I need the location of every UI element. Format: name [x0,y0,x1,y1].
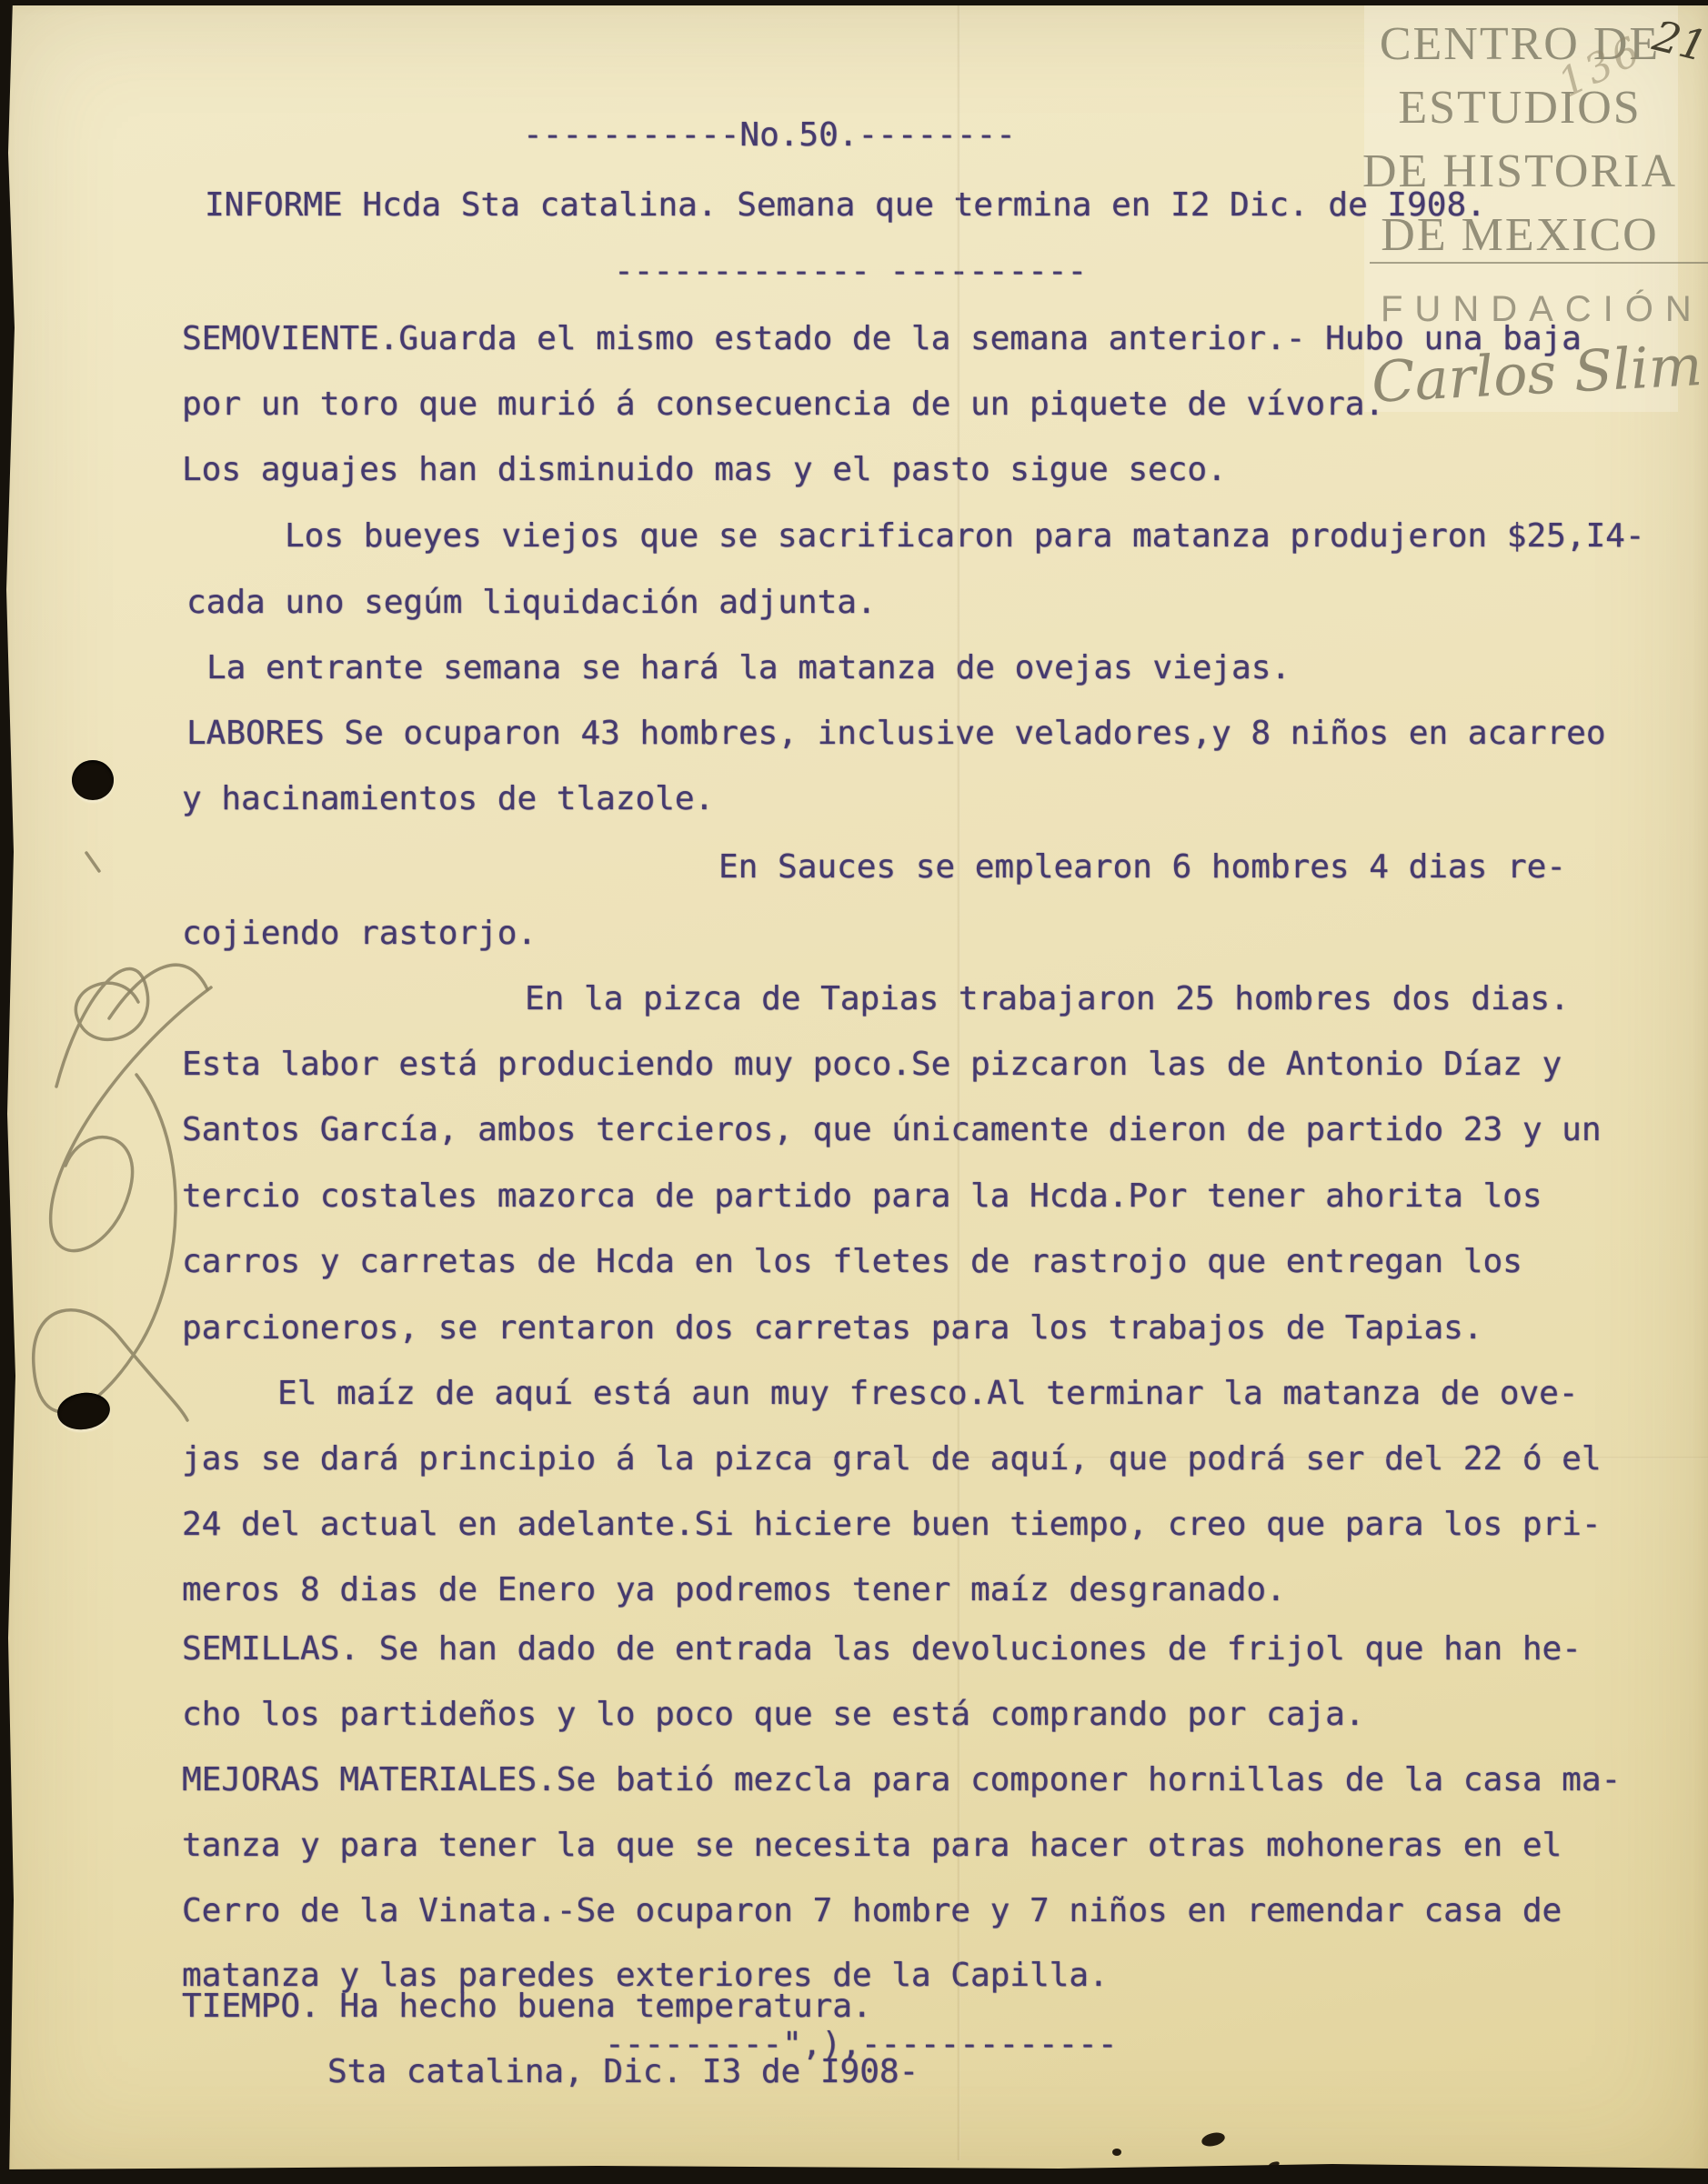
typed-line: parcioneros, se rentaron dos carretas pa… [182,1309,1482,1347]
typed-line: MEJORAS MATERIALES.Se batió mezcla para … [182,1761,1621,1798]
typed-line: El maíz de aquí está aun muy fresco.Al t… [277,1375,1578,1412]
typed-line: tanza y para tener la que se necesita pa… [182,1827,1562,1864]
typed-line: En Sauces se emplearon 6 hombres 4 dias … [718,848,1566,886]
punch-hole-bottom [55,1389,112,1433]
typed-line: Esta labor está produciendo muy poco.Se … [182,1046,1562,1083]
scanned-document-page: CENTRO DEESTUDIOSDE HISTORIADE MEXICO FU… [0,0,1708,2184]
punch-hole-top [72,760,114,800]
typed-line: cho los partideños y lo poco que se está… [182,1696,1364,1733]
typed-line: La entrante semana se hará la matanza de… [206,649,1291,686]
scan-edge-bottom [0,2160,1708,2184]
typed-line: Santos García, ambos tercieros, que únic… [182,1111,1602,1148]
typed-line: cojiendo rastorjo. [182,915,537,952]
typed-line: 24 del actual en adelante.Si hiciere bue… [182,1506,1602,1543]
watermark-line: ESTUDIOS [1360,76,1680,140]
typed-line: carros y carretas de Hcda en los fletes … [182,1243,1522,1280]
typed-line: Los aguajes han disminuido mas y el past… [182,451,1227,488]
typed-line: SEMILLAS. Se han dado de entrada las dev… [182,1630,1582,1668]
watermark-divider-line [1370,262,1708,264]
typed-line: por un toro que murió á consecuencia de … [182,386,1384,423]
typed-line: -----------No.50.-------- [523,116,1016,154]
typed-line: meros 8 dias de Enero ya podremos tener … [182,1571,1286,1608]
scan-edge-top [0,0,1708,5]
typed-line: SEMOVIENTE.Guarda el mismo estado de la … [182,320,1582,357]
ink-blot [1201,2130,1227,2149]
typed-line: INFORME Hcda Sta catalina. Semana que te… [205,186,1486,224]
horizontal-fold-crease [764,1457,1708,1459]
typed-line: tercio costales mazorca de partido para … [182,1177,1542,1215]
typed-line: Cerro de la Vinata.-Se ocuparon 7 hombre… [182,1892,1562,1929]
typed-line: y hacinamientos de tlazole. [182,780,714,817]
typed-line: TIEMPO. Ha hecho buena temperatura. [182,1988,872,2025]
scan-edge-left [0,0,15,2184]
typed-line: cada uno segúm liquidación adjunta. [186,584,877,621]
typed-line: Sta catalina, Dic. I3 de I908- [327,2053,919,2090]
typed-line: Los bueyes viejos que se sacrificaron pa… [285,517,1645,555]
vertical-fold-crease [957,0,960,2160]
typed-line: LABORES Se ocuparon 43 hombres, inclusiv… [186,715,1606,752]
ink-blot [1112,2149,1121,2156]
typed-line: ------------- ---------- [614,253,1087,290]
typed-line: En la pizca de Tapias trabajaron 25 homb… [525,980,1570,1017]
